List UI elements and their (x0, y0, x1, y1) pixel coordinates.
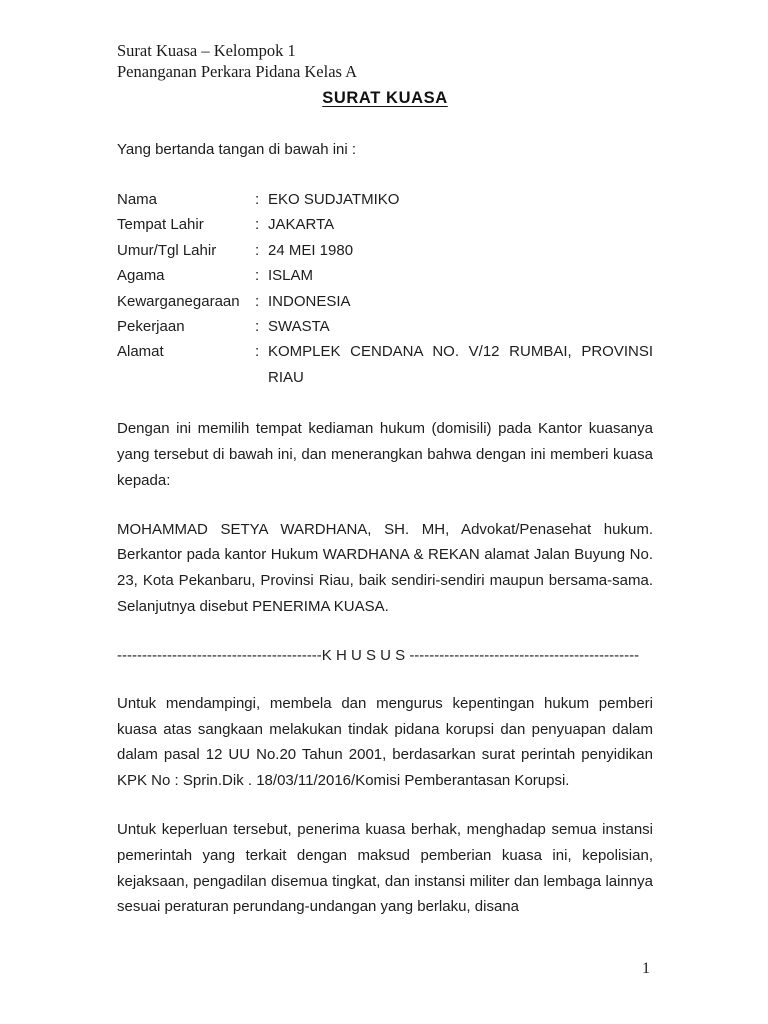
document-title: SURAT KUASA (322, 89, 447, 108)
field-value: EKO SUDJATMIKO (268, 187, 653, 212)
document-header: Surat Kuasa – Kelompok 1 Penanganan Perk… (117, 40, 653, 82)
field-label: Tempat Lahir (117, 212, 255, 237)
paragraph-domisili: Dengan ini memilih tempat kediaman hukum… (117, 416, 653, 493)
field-row-umur-tgl-lahir: Umur/Tgl Lahir : 24 MEI 1980 (117, 238, 653, 263)
header-line-2: Penanganan Perkara Pidana Kelas A (117, 61, 653, 82)
field-value: 24 MEI 1980 (268, 238, 653, 263)
paragraph-penerima-kuasa: MOHAMMAD SETYA WARDHANA, SH. MH, Advokat… (117, 517, 653, 620)
field-label: Umur/Tgl Lahir (117, 238, 255, 263)
field-row-tempat-lahir: Tempat Lahir : JAKARTA (117, 212, 653, 237)
intro-line: Yang bertanda tangan di bawah ini : (117, 140, 653, 160)
field-value: KOMPLEK CENDANA NO. V/12 RUMBAI, PROVINS… (268, 339, 653, 390)
field-value: ISLAM (268, 263, 653, 288)
document-content: Surat Kuasa – Kelompok 1 Penanganan Perk… (117, 0, 653, 920)
field-value: INDONESIA (268, 289, 653, 314)
field-value: SWASTA (268, 314, 653, 339)
field-label: Alamat (117, 339, 255, 364)
field-row-nama: Nama : EKO SUDJATMIKO (117, 187, 653, 212)
field-row-pekerjaan: Pekerjaan : SWASTA (117, 314, 653, 339)
header-line-1: Surat Kuasa – Kelompok 1 (117, 40, 653, 61)
paragraph-keperluan: Untuk keperluan tersebut, penerima kuasa… (117, 817, 653, 920)
field-colon: : (255, 263, 268, 288)
field-row-alamat: Alamat : KOMPLEK CENDANA NO. V/12 RUMBAI… (117, 339, 653, 390)
page-number: 1 (642, 960, 650, 978)
identity-fields: Nama : EKO SUDJATMIKO Tempat Lahir : JAK… (117, 187, 653, 390)
field-row-kewarganegaraan: Kewarganegaraan : INDONESIA (117, 289, 653, 314)
field-label: Agama (117, 263, 255, 288)
khusus-divider: ----------------------------------------… (117, 646, 653, 666)
title-wrap: SURAT KUASA (117, 89, 653, 108)
document-page: Surat Kuasa – Kelompok 1 Penanganan Perk… (0, 0, 768, 1024)
field-value: JAKARTA (268, 212, 653, 237)
field-label: Pekerjaan (117, 314, 255, 339)
field-colon: : (255, 238, 268, 263)
field-row-agama: Agama : ISLAM (117, 263, 653, 288)
paragraph-khusus: Untuk mendampingi, membela dan mengurus … (117, 691, 653, 794)
field-colon: : (255, 339, 268, 364)
field-label: Kewarganegaraan (117, 289, 255, 314)
field-colon: : (255, 314, 268, 339)
field-label: Nama (117, 187, 255, 212)
field-colon: : (255, 289, 268, 314)
field-colon: : (255, 212, 268, 237)
field-colon: : (255, 187, 268, 212)
